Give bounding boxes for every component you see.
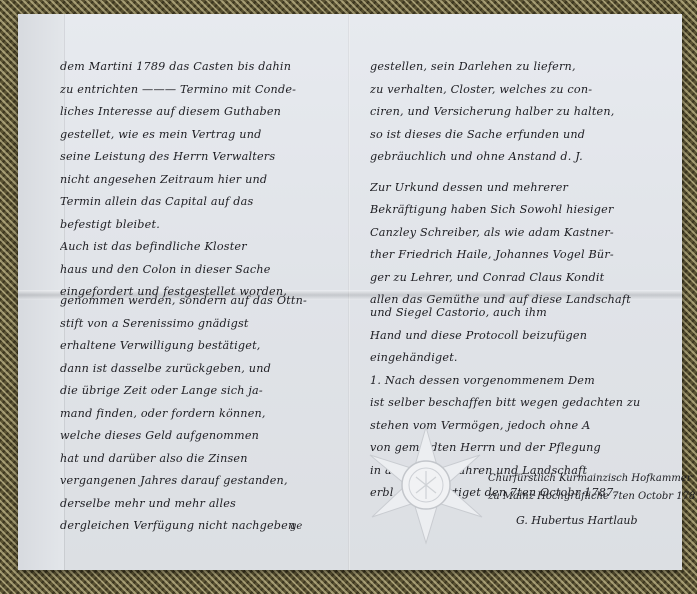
signature-line-2: zu Mainz Hochgräfliche 7ten Octobr 1787. bbox=[488, 488, 683, 506]
text-line: ther Friedrich Haile, Johannes Vogel Bür… bbox=[370, 244, 652, 267]
text-line: derselbe mehr und mehr alles bbox=[60, 493, 322, 516]
text-line: seine Leistung des Herrn Verwalters bbox=[60, 146, 322, 169]
catchword: ge bbox=[290, 521, 302, 532]
text-line: eingehändiget. bbox=[370, 347, 652, 370]
text-line: Bekräftigung haben Sich Sowohl hiesiger bbox=[370, 199, 652, 222]
text-line: so ist dieses die Sache erfunden und bbox=[370, 124, 652, 147]
text-line: Zur Urkund dessen und mehrerer bbox=[370, 177, 652, 200]
text-line: dergleichen Verfügung nicht nachgeben bbox=[60, 515, 322, 538]
text-line: welche dieses Geld aufgenommen bbox=[60, 425, 322, 448]
text-line: ger zu Lehrer, und Conrad Claus Kondit bbox=[370, 267, 652, 290]
text-line: nicht angesehen Zeitraum hier und bbox=[60, 169, 322, 192]
signature-block: Churfürstlich Kurmainzisch Hofkammer zu … bbox=[488, 470, 683, 530]
signature-line-1: Churfürstlich Kurmainzisch Hofkammer bbox=[488, 470, 683, 488]
text-line: und Siegel Castorio, auch ihm bbox=[370, 302, 652, 325]
text-line: ciren, und Versicherung halber zu halten… bbox=[370, 101, 652, 124]
text-line: ist selber beschaffen bitt wegen gedacht… bbox=[370, 392, 652, 415]
left-column-bottom: genommen werden, sondern auf das Ottn- s… bbox=[60, 290, 322, 538]
text-line: erhaltene Verwilligung bestätiget, bbox=[60, 335, 322, 358]
text-line: zu verhalten, Closter, welches zu con- bbox=[370, 79, 652, 102]
text-line: die übrige Zeit oder Lange sich ja- bbox=[60, 380, 322, 403]
text-line: liches Interesse auf diesem Guthaben bbox=[60, 101, 322, 124]
text-line: gestellen, sein Darlehen zu liefern, bbox=[370, 56, 652, 79]
text-line: 1. Nach dessen vorgenommenem Dem bbox=[370, 370, 652, 393]
text-line: vergangenen Jahres darauf gestanden, bbox=[60, 470, 322, 493]
text-line: haus und den Colon in dieser Sache bbox=[60, 259, 322, 282]
signer-name: G. Hubertus Hartlaub bbox=[488, 512, 683, 530]
text-line: Auch ist das befindliche Kloster bbox=[60, 236, 322, 259]
text-line: hat und darüber also die Zinsen bbox=[60, 448, 322, 471]
text-line: Hand und diese Protocoll beizufügen bbox=[370, 325, 652, 348]
text-line: gebräuchlich und ohne Anstand d. J. bbox=[370, 146, 652, 169]
seal-icon bbox=[366, 425, 486, 545]
right-column-top: gestellen, sein Darlehen zu liefern, zu … bbox=[370, 56, 652, 312]
text-line: Canzley Schreiber, als wie adam Kastner- bbox=[370, 222, 652, 245]
text-line: stift von a Serenissimo gnädigst bbox=[60, 313, 322, 336]
text-line: genommen werden, sondern auf das Ottn- bbox=[60, 290, 322, 313]
left-column-top: dem Martini 1789 das Casten bis dahin zu… bbox=[60, 56, 322, 304]
text-line: zu entrichten ——— Termino mit Conde- bbox=[60, 79, 322, 102]
text-line: Termin allein das Capital auf das bbox=[60, 191, 322, 214]
text-line: gestellet, wie es mein Vertrag und bbox=[60, 124, 322, 147]
text-line: dann ist dasselbe zurückgeben, und bbox=[60, 358, 322, 381]
text-line: befestigt bleibet. bbox=[60, 214, 322, 237]
text-line: dem Martini 1789 das Casten bis dahin bbox=[60, 56, 322, 79]
text-line: mand finden, oder fordern können, bbox=[60, 403, 322, 426]
